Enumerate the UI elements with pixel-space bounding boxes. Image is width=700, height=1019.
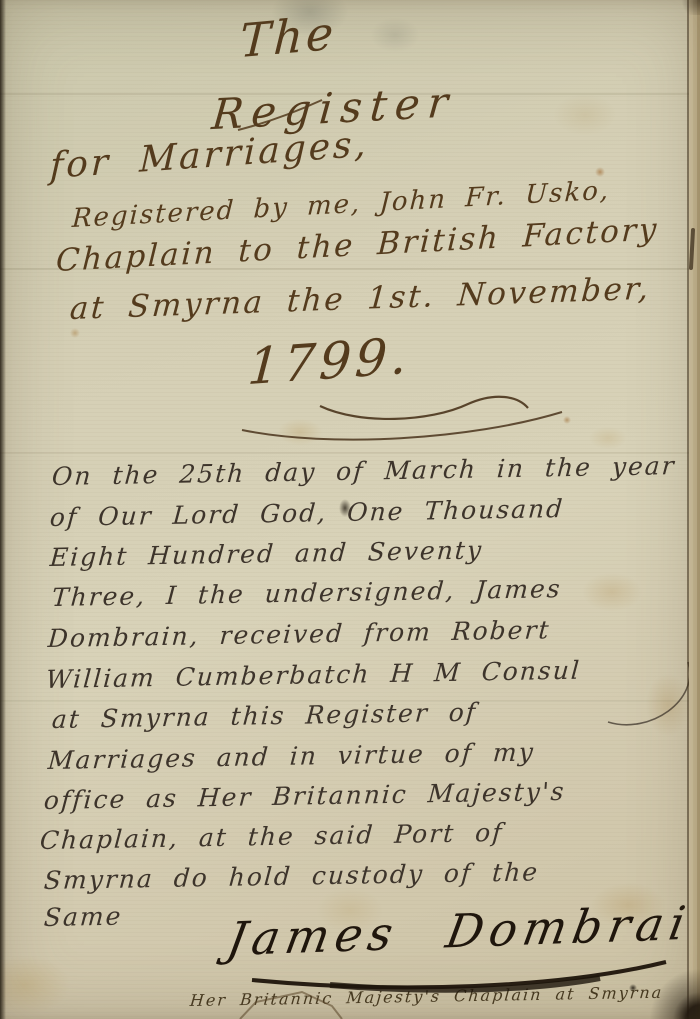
left-binding-shadow <box>0 0 6 1019</box>
body-line: of Our Lord God, One Thousand <box>49 494 565 532</box>
signature-caption: Her Britannic Majesty's Chaplain at Smyr… <box>189 983 664 1010</box>
top-right-corner-shadow <box>678 0 700 15</box>
body-line: On the 25th day of March in the year <box>51 451 677 491</box>
title-year: 1799. <box>246 326 413 396</box>
title-line-at-smyrna: at Smyrna the 1st. November, <box>69 271 652 327</box>
body-line: at Smyrna this Register of <box>51 698 478 734</box>
body-line: Smyrna do hold custody of the <box>43 857 540 895</box>
bottom-right-corner-shadow <box>650 955 700 1019</box>
body-line: Three, I the undersigned, James <box>51 574 563 612</box>
body-line: Same <box>43 902 124 932</box>
body-line: Marriages and in virtue of my <box>47 737 536 775</box>
book-page-edge <box>687 0 700 1019</box>
title-line-the: The <box>239 5 338 68</box>
body-line: office as Her Britannic Majesty's <box>43 777 567 815</box>
body-line: Eight Hundred and Seventy <box>49 535 484 572</box>
signature: James Dombrain <box>223 894 700 966</box>
scanned-register-page: The Register for Marriages, Registered b… <box>0 0 700 1019</box>
body-line: Dombrain, received from Robert <box>47 615 552 653</box>
body-line: Chaplain, at the said Port of <box>39 818 505 855</box>
body-line: William Cumberbatch H M Consul <box>45 656 582 694</box>
